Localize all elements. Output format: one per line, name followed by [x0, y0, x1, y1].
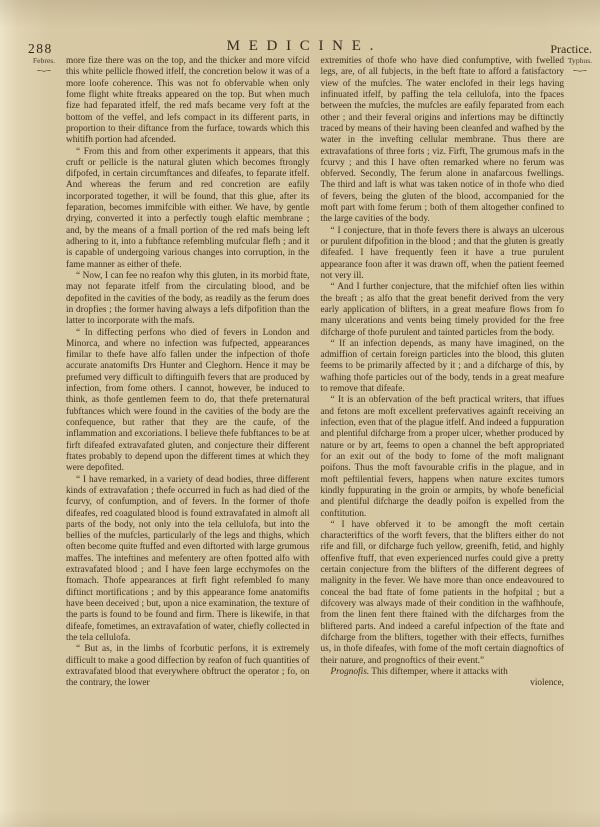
running-title: MEDICINE.	[0, 38, 600, 55]
page-number: 288	[28, 41, 53, 57]
paragraph: “ I have obferved it to be amongft the m…	[321, 520, 565, 667]
left-margin-note: Febres. ⏟	[24, 56, 64, 72]
prognosis-label: Prognofis.	[331, 667, 370, 677]
right-margin-note: Typhus. ⏟	[560, 56, 600, 72]
paragraph: “ And I further conjecture, that the mif…	[321, 282, 565, 339]
paragraph: “ But as, in the limbs of fcorbutic perf…	[66, 644, 310, 689]
catchword: violence,	[321, 678, 565, 689]
prognosis-paragraph: Prognofis. This diftemper, where it atta…	[321, 667, 565, 678]
paragraph: “ I conjecture, that in thofe fevers the…	[321, 226, 565, 283]
section-label: Practice.	[550, 42, 592, 57]
paragraph: more fize there was on the top, and the …	[66, 56, 310, 147]
paragraph: “ I have remarked, in a variety of dead …	[66, 475, 310, 645]
book-page: 288 MEDICINE. Practice. Febres. ⏟ Typhus…	[0, 0, 600, 827]
right-column: extremities of thofe who have died confu…	[321, 56, 565, 797]
paragraph: “ From this and from other experiments i…	[66, 147, 310, 271]
paragraph: “ If an infection depends, as many have …	[321, 339, 565, 396]
paragraph: extremities of thofe who have died confu…	[321, 56, 565, 226]
paragraph: “ In diffecting perfons who died of feve…	[66, 328, 310, 475]
prognosis-text: This diftemper, where it attacks with	[369, 667, 508, 677]
text-columns: more fize there was on the top, and the …	[66, 56, 564, 797]
paragraph: “ Now, I can fee no reafon why this glut…	[66, 271, 310, 328]
paragraph: “ It is an obfervation of the beft pract…	[321, 395, 565, 519]
left-column: more fize there was on the top, and the …	[66, 56, 310, 797]
